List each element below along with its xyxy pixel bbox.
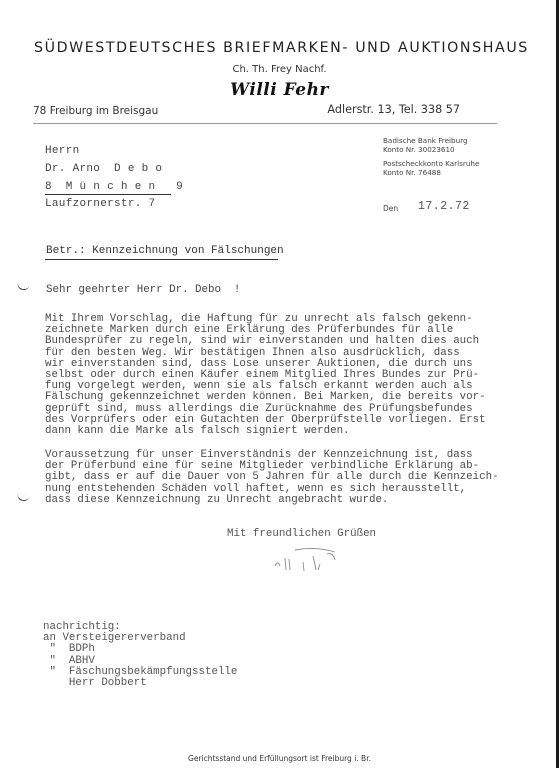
letter-page: SÜDWESTDEUTSCHES BRIEFMARKEN- UND AUKTIO…	[0, 0, 559, 768]
salutation: Sehr geehrter Herr Dr. Debo !	[46, 284, 240, 296]
company-address-phone: Adlerstr. 13, Tel. 338 57	[327, 103, 460, 116]
margin-tick-mark	[17, 494, 30, 502]
company-city: 78 Freiburg im Breisgau	[33, 105, 158, 117]
postal-bank-account: Konto Nr. 76488	[383, 168, 441, 177]
body-line: gibt, dass er auf die Dauer von 5 Jahren…	[45, 472, 515, 483]
recipient-salutation: Herrn	[45, 145, 80, 157]
bank-name: Badische Bank Freiburg	[383, 136, 468, 145]
body-paragraph-2: Voraussetzung für unser Einverständnis d…	[45, 450, 515, 506]
recipient-name: Dr. Arno D e b o	[45, 163, 162, 175]
address-underline	[45, 194, 171, 195]
subject-underline	[45, 259, 278, 260]
body-line: dann kann die Marke als falsch signiert …	[45, 426, 515, 437]
letter-date: 17.2.72	[418, 200, 470, 213]
body-line: Fälschung gekennzeichnet werden können. …	[45, 392, 515, 403]
copy-recipient: " BDPh	[43, 644, 237, 655]
body-line: Bundesprüfer zu regeln, sind wir einvers…	[45, 336, 515, 347]
brand-logo-text: Willi Fehr	[0, 80, 559, 100]
subject-line: Betr.: Kennzeichnung von Fälschungen	[46, 245, 284, 257]
margin-tick-mark	[17, 283, 30, 291]
legal-footer: Gerichtsstand und Erfüllungsort ist Frei…	[0, 754, 559, 763]
date-label: Den	[383, 204, 398, 213]
postal-bank-name: Postscheckkonto Karlsruhe	[383, 159, 479, 168]
letterhead-divider	[33, 123, 497, 124]
closing-phrase: Mit freundlichen Grüßen	[227, 528, 376, 540]
bank-account: Konto Nr. 30023610	[383, 145, 455, 154]
company-successor: Ch. Th. Frey Nachf.	[0, 64, 559, 75]
copy-recipient: Herr Dobbert	[43, 678, 237, 689]
signature-icon	[265, 546, 355, 576]
recipient-street: Laufzornerstr. 7	[45, 198, 155, 210]
body-paragraph-1: Mit Ihrem Vorschlag, die Haftung für zu …	[45, 314, 515, 437]
body-line: dass diese Kennzeichnung zu Unrecht ange…	[45, 495, 515, 506]
copies-list: nachrichtig: an Versteigererverband " BD…	[43, 622, 237, 689]
company-name: SÜDWESTDEUTSCHES BRIEFMARKEN- UND AUKTIO…	[34, 40, 529, 56]
recipient-city: 8 M ü n c h e n 9	[45, 181, 183, 193]
